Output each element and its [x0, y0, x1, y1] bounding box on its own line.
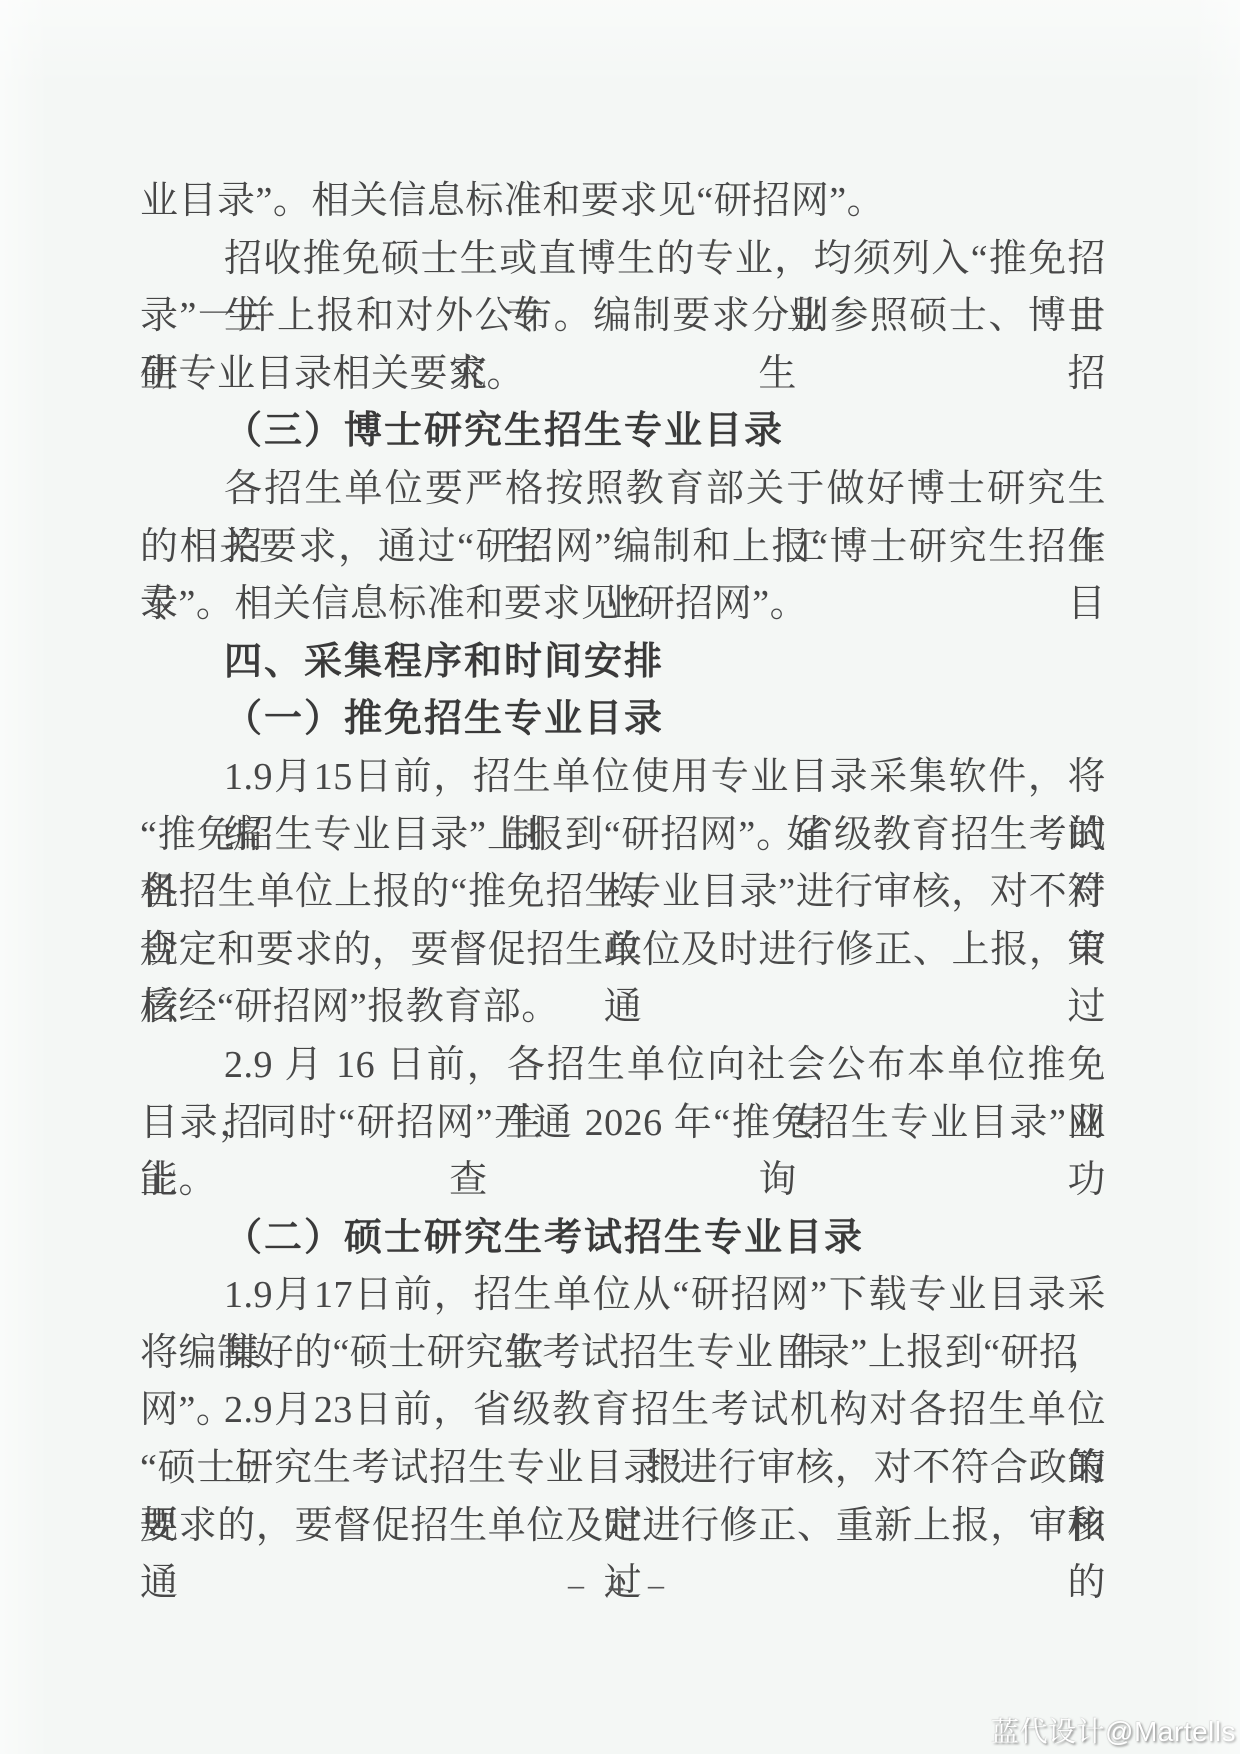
- text-line: （二）硕士研究生考试招生专业目录: [140, 1210, 1106, 1268]
- text-line: 业目录”。相关信息标准和要求见“研招网”。: [140, 173, 1106, 231]
- page-number: – 4 –: [0, 1566, 1240, 1603]
- text-line: “硕士研究生考试招生专业目录”进行审核，对不符合政策规定和: [140, 1440, 1106, 1498]
- text-line: 四、采集程序和时间安排: [140, 634, 1106, 692]
- text-line: 要求的，要督促招生单位及时进行修正、重新上报，审核通过的: [140, 1498, 1106, 1556]
- watermark: 蓝代设计@Martells: [991, 1710, 1236, 1750]
- document-page: 业目录”。相关信息标准和要求见“研招网”。招收推免硕士生或直博生的专业，均须列入…: [0, 0, 1240, 1754]
- text-line: 目录，同时“研招网”开通 2026 年“推免招生专业目录”网上查询功: [140, 1095, 1106, 1153]
- text-line: 2.9月23日前，省级教育招生考试机构对各招生单位上报的: [140, 1382, 1106, 1440]
- text-line: 各招生单位上报的“推免招生专业目录”进行审核，对不符合政策: [140, 864, 1106, 922]
- text-line: 2.9 月 16 日前，各招生单位向社会公布本单位推免招生专业: [140, 1037, 1106, 1095]
- text-line: 各招生单位要严格按照教育部关于做好博士研究生招生工作: [140, 461, 1106, 519]
- text-line: 1.9月15日前，招生单位使用专业目录采集软件，将编制好的: [140, 749, 1106, 807]
- text-line: 录”一并上报和对外公布。编制要求分别参照硕士、博士研究生招: [140, 288, 1106, 346]
- text-line: 的相关要求，通过“研招网”编制和上报“博士研究生招生专业目: [140, 519, 1106, 577]
- document-body: 业目录”。相关信息标准和要求见“研招网”。招收推免硕士生或直博生的专业，均须列入…: [140, 173, 1106, 1555]
- text-line: 将编制好的“硕士研究生考试招生专业目录”上报到“研招网”。: [140, 1325, 1106, 1383]
- text-line: （一）推免招生专业目录: [140, 691, 1106, 749]
- text-line: （三）博士研究生招生专业目录: [140, 403, 1106, 461]
- text-line: 规定和要求的，要督促招生单位及时进行修正、上报，审核通过: [140, 922, 1106, 980]
- text-line: 招收推免硕士生或直博生的专业，均须列入“推免招生专业目: [140, 231, 1106, 289]
- text-line: “推免招生专业目录”上报到“研招网”。省级教育招生考试机构对: [140, 807, 1106, 865]
- text-line: 1.9月17日前，招生单位从“研招网”下载专业目录采集软件，: [140, 1267, 1106, 1325]
